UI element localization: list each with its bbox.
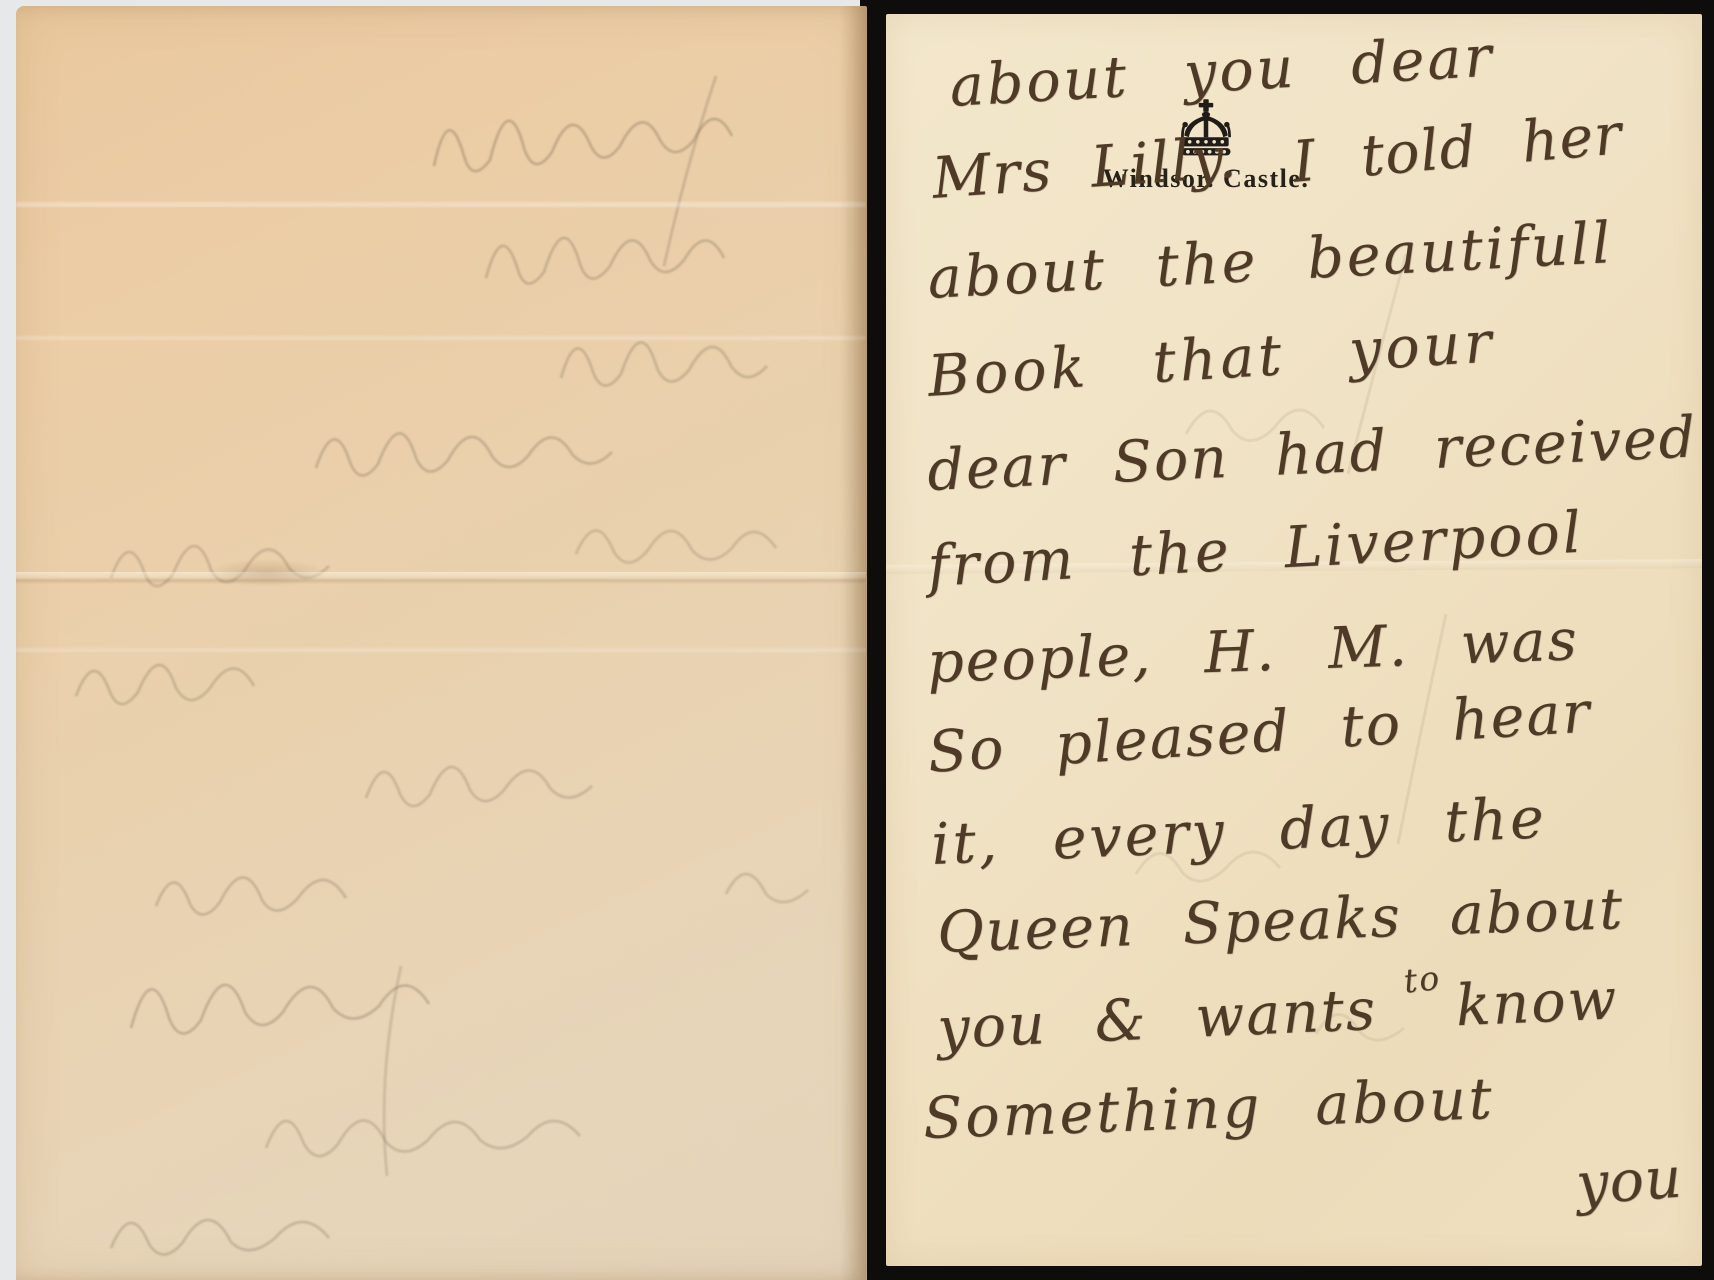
- scan-streak: [16, 336, 866, 340]
- letter-line-part: know: [1455, 966, 1620, 1039]
- letter-line: I told her: [1290, 101, 1625, 196]
- bleedthrough-writing: [16, 6, 866, 1280]
- letter-line: Something about: [922, 1066, 1496, 1152]
- letter-line: you & wantstoknow: [936, 966, 1620, 1062]
- letter-line: dear Son had received: [926, 404, 1699, 504]
- letter-scan: Windsor. Castle. about you dear Mrs Lill…: [0, 0, 1714, 1280]
- page-edge-shadow: [840, 6, 866, 1280]
- letter-line: Book that your: [926, 309, 1497, 410]
- letter-line: Mrs Lilly.: [930, 125, 1240, 212]
- letter-line-part: you & wants: [936, 977, 1378, 1062]
- left-page-blank: [16, 6, 867, 1280]
- letter-line: from the Liverpool: [926, 500, 1585, 600]
- letter-line: it, every day the: [930, 785, 1548, 878]
- letter-line: Queen Speaks about: [936, 876, 1625, 966]
- letter-page: Windsor. Castle. about you dear Mrs Lill…: [886, 14, 1702, 1266]
- scan-streak: [16, 648, 866, 652]
- letter-line: about the beautifull: [926, 210, 1615, 312]
- fold-wrinkle: [202, 558, 332, 588]
- scan-streak: [16, 202, 866, 207]
- letter-line: people, H. M. was: [926, 607, 1580, 696]
- fold-crease: [16, 572, 866, 584]
- inserted-word: to: [1402, 958, 1443, 1001]
- letter-line: So pleased to hear: [926, 679, 1593, 785]
- letter-line: you: [1574, 1145, 1685, 1218]
